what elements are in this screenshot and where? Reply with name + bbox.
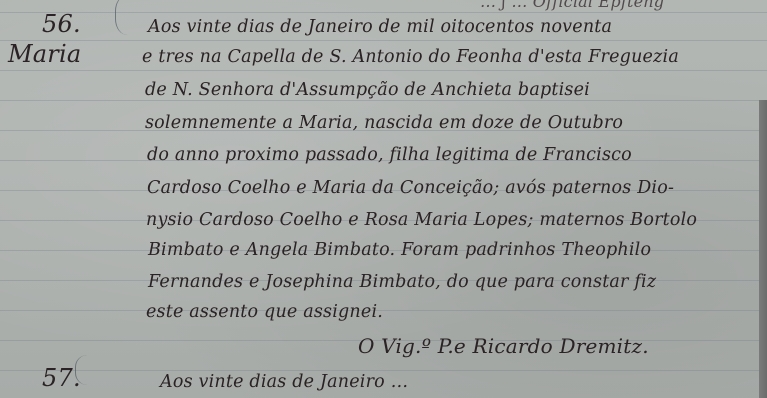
entry-line: este assento que assignei. <box>146 302 383 322</box>
ruled-line <box>0 40 767 41</box>
entry-line: Cardoso Coelho e Maria da Conceição; avó… <box>147 178 674 198</box>
entry-number: 56. <box>42 10 81 38</box>
entry-line: Aos vinte dias de Janeiro … <box>160 372 408 392</box>
ruled-line <box>0 100 767 101</box>
entry-line: de N. Senhora d'Assumpção de Anchieta ba… <box>145 80 590 100</box>
previous-entry-fragment: … ʃ … Official Epfteng <box>480 0 664 11</box>
margin-flourish <box>115 0 146 35</box>
page-edge-shadow <box>759 100 767 398</box>
ruled-line <box>0 310 767 311</box>
entry-line: do anno proximo passado, filha legitima … <box>147 145 632 165</box>
entry-line: nysio Cardoso Coelho e Rosa Maria Lopes;… <box>146 210 697 230</box>
entry-line: e tres na Capella de S. Antonio do Feonh… <box>142 47 679 67</box>
ruled-line <box>0 370 767 371</box>
register-page: … ʃ … Official Epfteng 56. Maria Aos vin… <box>0 0 767 398</box>
signature: O Vig.º P.e Ricardo Dremitz. <box>358 334 649 358</box>
entry-line: Aos vinte dias de Janeiro de mil oitocen… <box>148 17 612 37</box>
entry-line: Fernandes e Josephina Bimbato, do que pa… <box>148 272 656 292</box>
entry-line: Bimbato e Angela Bimbato. Foram padrinho… <box>148 240 651 260</box>
entry-line: solemnemente a Maria, nascida em doze de… <box>145 113 623 133</box>
entry-name: Maria <box>8 40 81 68</box>
ruled-line <box>0 70 767 71</box>
entry-number: 57. <box>42 364 81 392</box>
